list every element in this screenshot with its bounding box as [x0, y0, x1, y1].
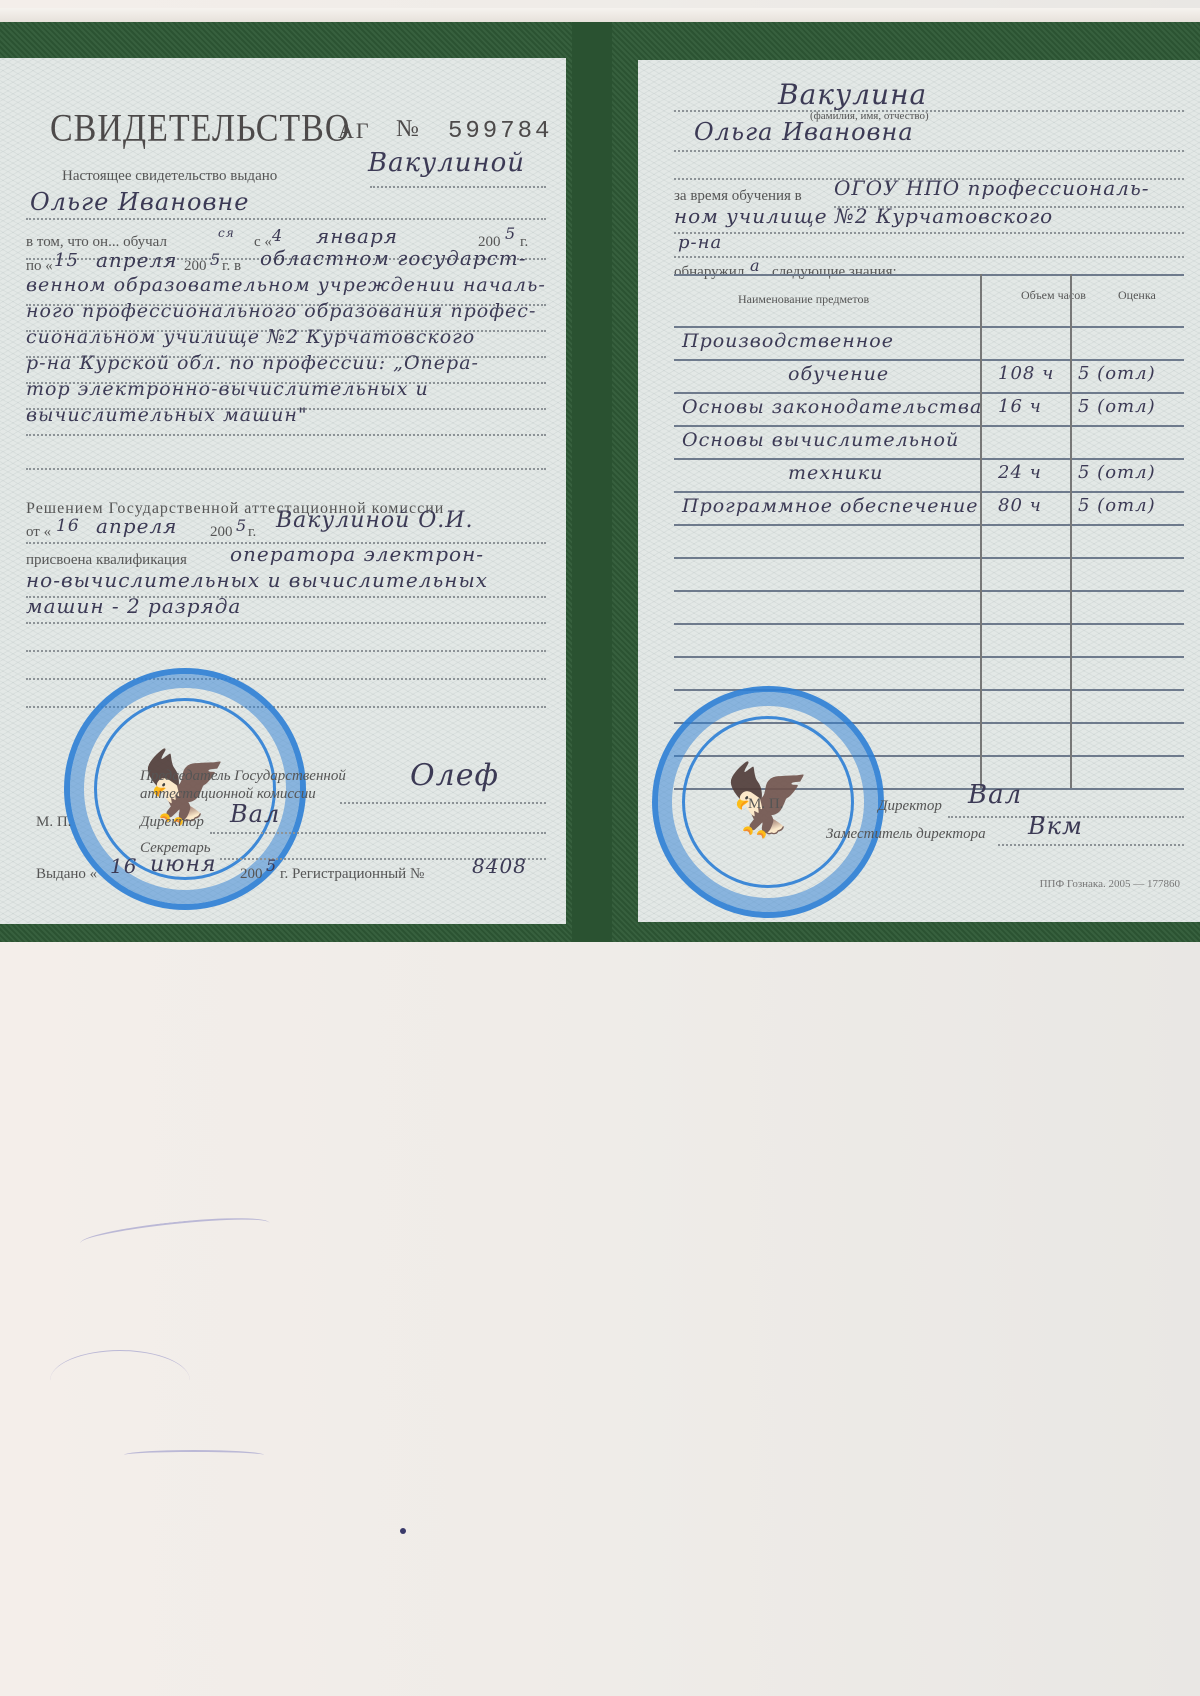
seal-label: М. П. — [36, 814, 71, 831]
seal-label: М. П. — [748, 796, 783, 813]
certificate-title: СВИДЕТЕЛЬСТВО — [50, 107, 350, 151]
issued-to-label: Настоящее свидетельство выдано — [62, 168, 277, 185]
deputy-director-label: Заместитель директора — [826, 826, 986, 843]
training-place-line-1: ОГОУ НПО профессиональ- — [834, 176, 1150, 200]
table-row-grade: 5 (отл) — [1078, 495, 1156, 516]
training-place-line-3: р-на — [678, 232, 722, 253]
table-row-grade: 5 (отл) — [1078, 462, 1156, 483]
table-row-grade: 5 (отл) — [1078, 363, 1156, 384]
registration-number: 8408 — [472, 854, 527, 878]
certificate-series: АГ — [338, 118, 371, 144]
table-row-subject-cont: обучение — [788, 363, 889, 385]
institution-line-6: тор электронно-вычислительных и — [26, 378, 429, 400]
institution-line-5: р-на Курской обл. по профессии: „Опера- — [26, 352, 479, 374]
issued-to-name: Ольге Ивановне — [30, 188, 249, 216]
table-row-subject: Основы законодательства — [682, 396, 982, 418]
holder-surname: Вакулина — [778, 78, 927, 111]
end-day: 15 — [54, 250, 79, 271]
registration-label: г. Регистрационный № — [280, 866, 424, 883]
director-signature: Вал — [968, 780, 1022, 810]
header-grade: Оценка — [1118, 288, 1156, 303]
table-rule — [674, 656, 1184, 658]
header-hours: Объем часов — [1021, 288, 1086, 303]
end-month: апреля — [96, 248, 177, 272]
table-rule — [674, 425, 1184, 427]
pen-mark — [124, 1450, 264, 1460]
table-rule — [674, 359, 1184, 361]
left-page: СВИДЕТЕЛЬСТВО АГ № 599784 Настоящее свид… — [0, 58, 566, 924]
qualification-line-3: машин - 2 разряда — [26, 594, 241, 618]
found-label: обнаружил — [674, 264, 744, 281]
pen-mark — [79, 1212, 270, 1254]
table-row-hours: 24 ч — [998, 462, 1042, 483]
institution-line-7: вычислительных машин" — [26, 404, 308, 426]
table-rule — [674, 274, 1184, 276]
start-day: 4 — [272, 226, 283, 245]
table-column-rule — [980, 274, 982, 788]
table-rule — [674, 623, 1184, 625]
director-signature: Вал — [230, 800, 280, 828]
chairman-label-1: Председатель Государственной — [140, 768, 346, 785]
certificate-number: 599784 — [448, 118, 552, 145]
qualification-label: присвоена квалификация — [26, 552, 187, 569]
table-row-subject: Производственное — [682, 330, 894, 352]
table-rule — [674, 392, 1184, 394]
table-row-hours: 80 ч — [998, 495, 1042, 516]
table-rule — [674, 590, 1184, 592]
qualification-line-2: но-вычислительных и вычислительных — [26, 568, 488, 592]
table-row-subject: Программное обеспечение — [682, 495, 978, 517]
number-sign: № — [396, 116, 419, 143]
table-rule — [674, 557, 1184, 559]
training-place-line-2: ном училище №2 Курчатовского — [674, 204, 1053, 228]
commission-person: Вакулиной О.И. — [276, 508, 473, 533]
chairman-signature: Олеф — [410, 758, 499, 793]
booklet-spine — [572, 22, 612, 942]
table-rule — [674, 491, 1184, 493]
issued-day: 16 — [110, 854, 137, 878]
chairman-label-2: аттестационной комиссии — [140, 786, 316, 803]
institution-line-4: сиональном училище №2 Курчатовского — [26, 326, 475, 348]
institution-line-3: ного профессионального образования профе… — [26, 300, 536, 322]
director-label: Директор — [878, 798, 942, 815]
table-row-subject: Основы вычислительной — [682, 429, 959, 451]
commission-month: апреля — [96, 514, 177, 538]
right-page: Вакулина (фамилия, имя, отчество) Ольга … — [638, 60, 1200, 922]
table-row-hours: 16 ч — [998, 396, 1042, 417]
table-row-hours: 108 ч — [998, 363, 1054, 384]
issued-label: Выдано « — [36, 866, 97, 883]
institution-line-2: венном образовательном учреждении началь… — [26, 274, 546, 296]
table-column-rule — [1070, 274, 1072, 788]
holder-name: Ольга Ивановна — [694, 118, 914, 146]
table-row-grade: 5 (отл) — [1078, 396, 1156, 417]
commission-day: 16 — [56, 516, 80, 536]
issued-to-surname: Вакулиной — [368, 148, 525, 178]
deputy-signature: Вкм — [1028, 812, 1083, 840]
qualification-line-1: оператора электрон- — [230, 542, 484, 566]
training-label: за время обучения в — [674, 188, 802, 205]
start-month: января — [316, 224, 398, 248]
table-row-subject-cont: техники — [788, 462, 883, 484]
pen-mark — [50, 1350, 190, 1411]
director-label: Директор — [140, 814, 204, 831]
ink-dot — [400, 1528, 406, 1534]
table-rule — [674, 326, 1184, 328]
table-rule — [674, 458, 1184, 460]
issued-month: июня — [150, 852, 217, 877]
header-subjects: Наименование предметов — [738, 292, 869, 307]
table-rule — [674, 524, 1184, 526]
printer-code: ППФ Гознака. 2005 — 177860 — [1040, 878, 1180, 890]
institution-line-1: областном государст- — [260, 246, 527, 270]
